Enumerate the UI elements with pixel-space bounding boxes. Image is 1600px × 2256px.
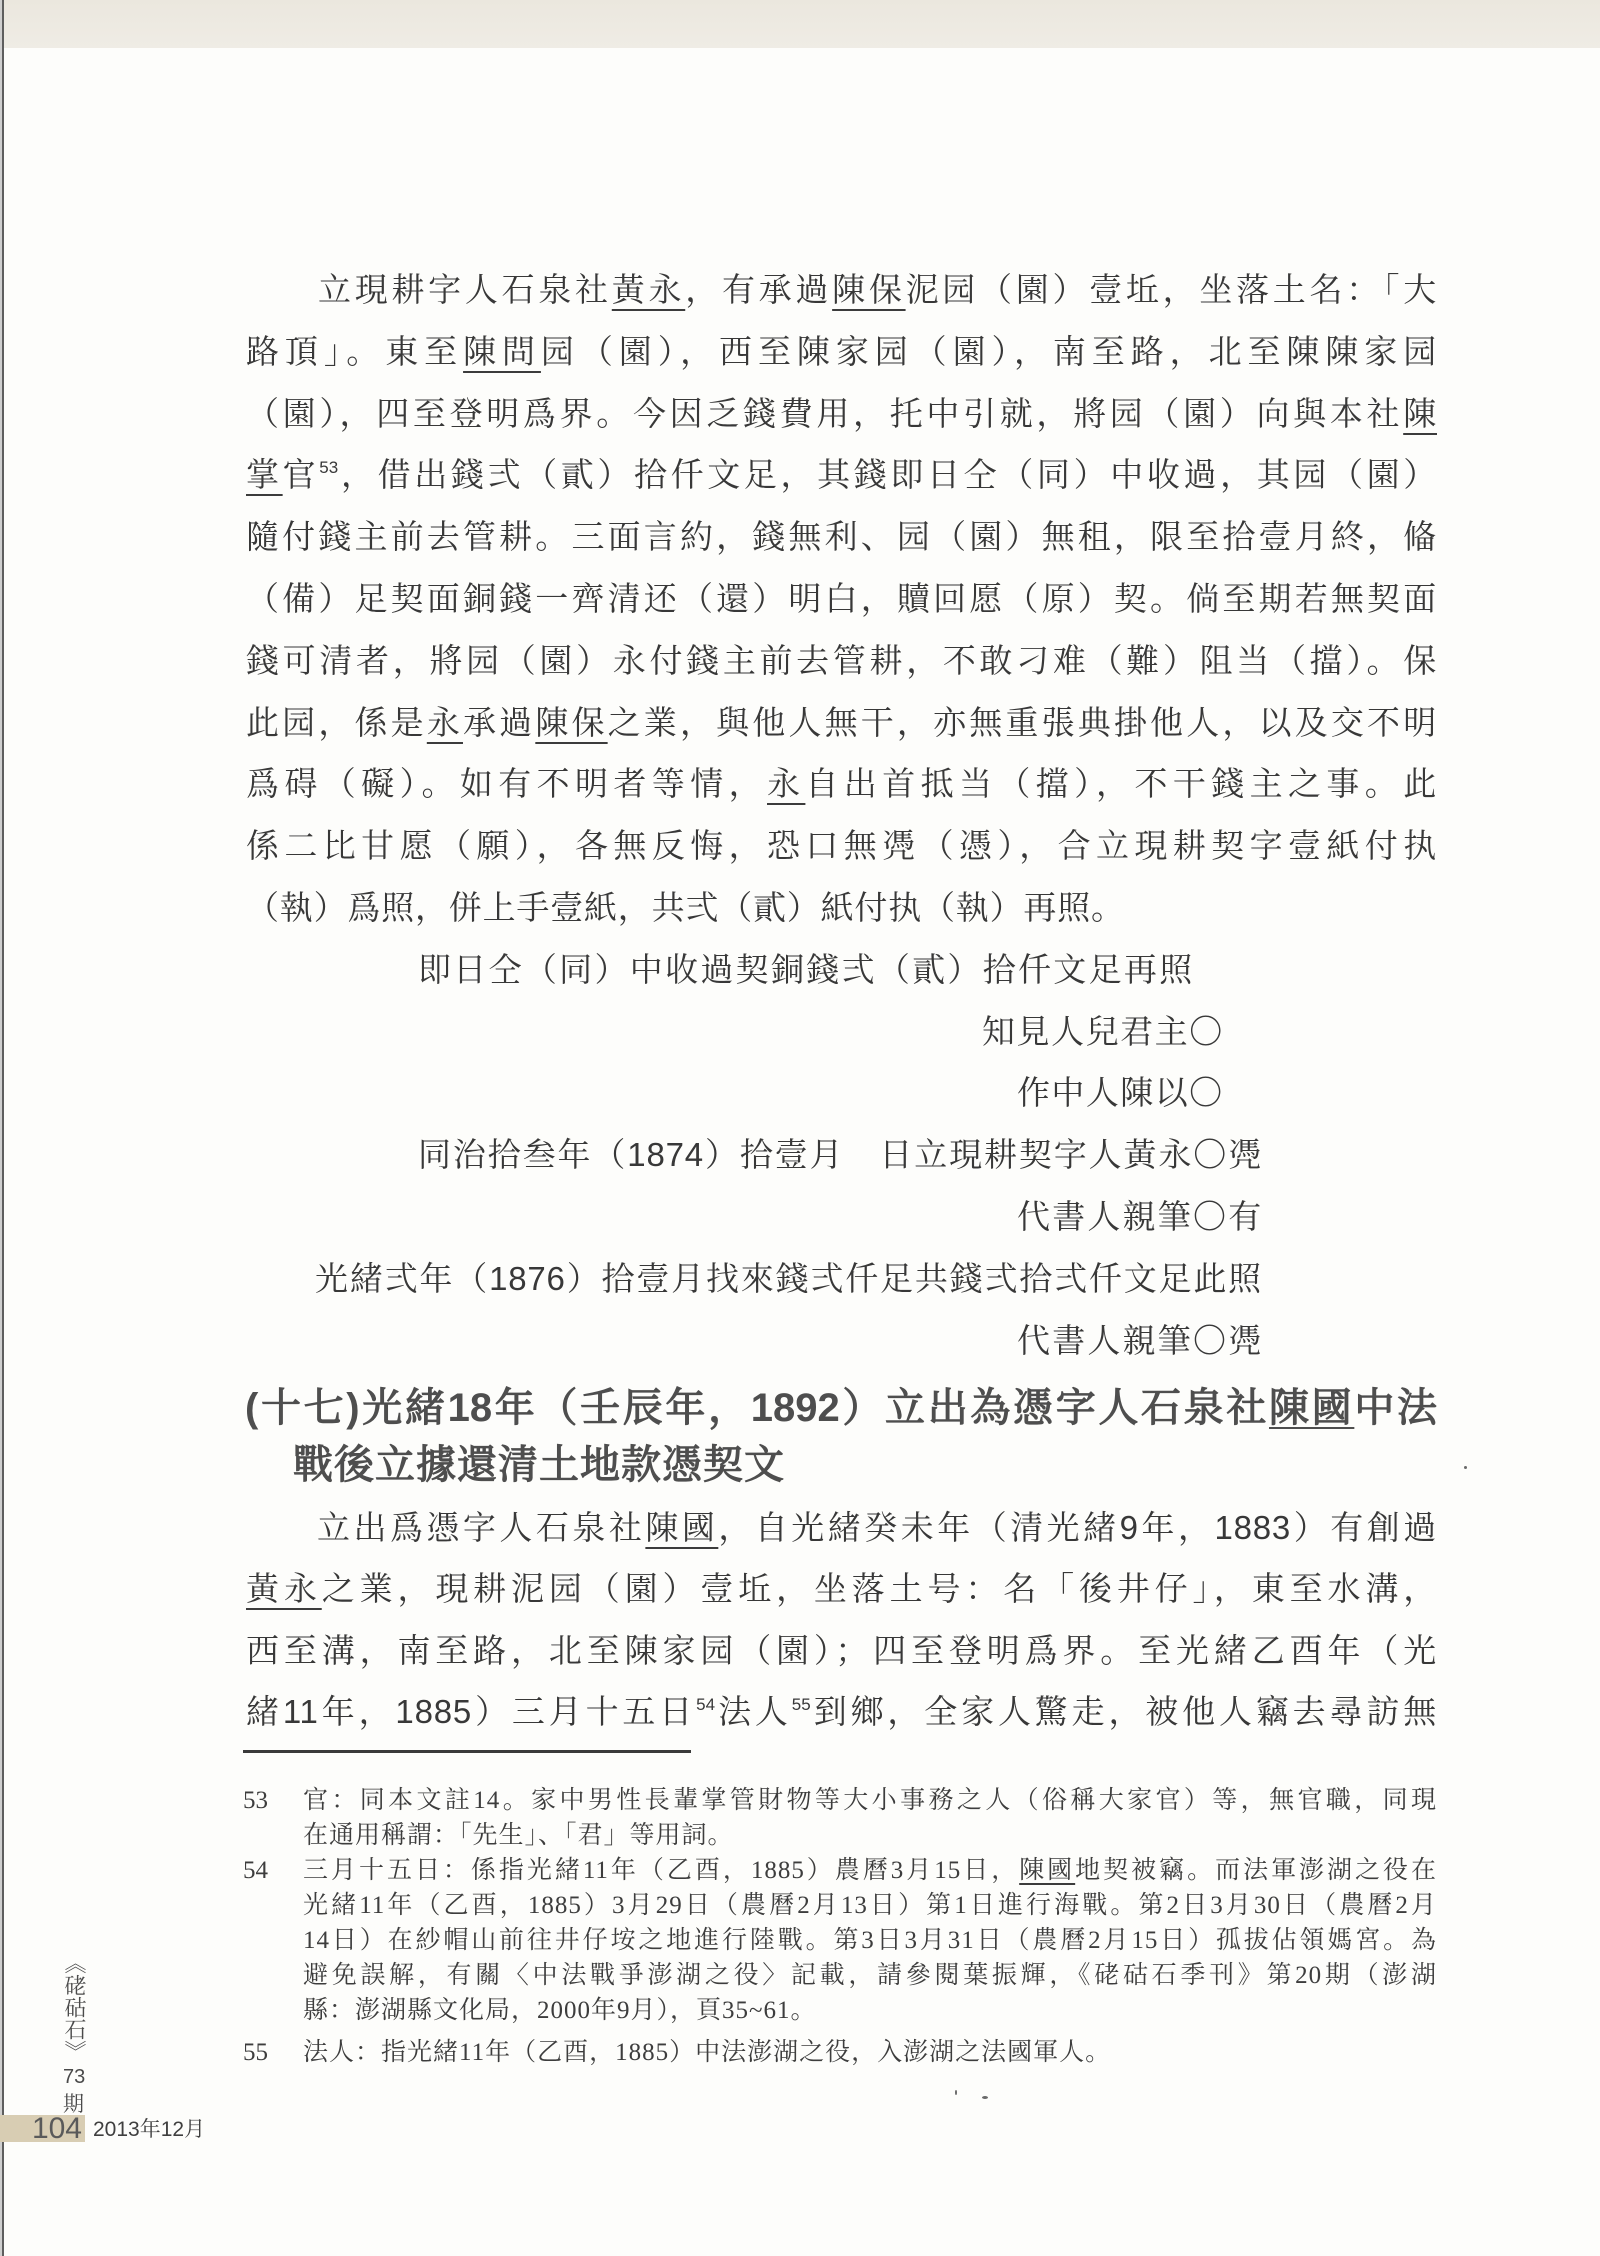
text-run: ，自光緒癸未年（清光緒9年，1883）有創過 [718, 1509, 1437, 1546]
text-run: 三月十五日：係指光緒11年（乙酉，1885）農曆3月15日， [303, 1857, 1019, 1884]
underlined-person-name: 陳國 [1269, 1386, 1354, 1430]
paragraph-line: 立出爲憑字人石泉社陳國，自光緒癸未年（清光緒9年，1883）有創過 [246, 1497, 1437, 1558]
heading-line: 戰後立據還清土地款憑契文 [245, 1437, 1437, 1494]
footnote-line: 縣：澎湖縣文化局，2000年9月），頁35~61。 [303, 1993, 1437, 2028]
paragraph-line: 西至溝，南至路，北至陳家园（園）；四至登明爲界。至光緒乙酉年（光 [246, 1620, 1437, 1681]
underlined-person-name: 陳問 [463, 333, 541, 370]
text-run: 官 [283, 456, 320, 493]
text-run: 路頂」。東至 [246, 333, 463, 370]
text-run: 爲碍（礙）。如有不明者等情， [246, 765, 767, 802]
footnote-reference: 53 [319, 458, 338, 477]
underlined-person-name: 陳國 [645, 1509, 718, 1546]
text-run: （園），四至登明爲界。今因乏錢費用，托中引就，將园（園）向與本社 [246, 395, 1403, 432]
text-run: 中法 [1354, 1386, 1437, 1430]
page-number: 104 [32, 2112, 82, 2145]
footnote-line: 官：同本文註14。家中男性長輩掌管財物等大小事務之人（俗稱大家官）等，無官職，同… [303, 1783, 1437, 1818]
contract-line: （備）足契面銅錢一齊清还（還）明白，贖回愿（原）契。倘至期若無契面 [246, 568, 1437, 630]
text-run: ，有承過 [685, 271, 832, 308]
footnote-body: 官：同本文註14。家中男性長輩掌管財物等大小事務之人（俗稱大家官）等，無官職，同… [303, 1783, 1437, 1853]
contract-line: 立現耕字人石泉社黃永，有承過陳保泥园（園）壹坵，坐落土名：「大 [246, 259, 1437, 321]
footnote-line: 三月十五日：係指光緒11年（乙酉，1885）農曆3月15日，陳國地契被竊。而法軍… [303, 1853, 1437, 1888]
section-paragraph: 立出爲憑字人石泉社陳國，自光緒癸未年（清光緒9年，1883）有創過 黃永之業，現… [246, 1497, 1437, 1742]
footnote-line: 在通用稱謂：「先生」、「君」等用詞。 [303, 1818, 1437, 1853]
signature-middleman: 作中人陳以〇 [1017, 1062, 1223, 1124]
text-run: 地契被竊。而法軍澎湖之役在 [1075, 1857, 1437, 1884]
footnote-number: 54 [243, 1853, 303, 1888]
contract-line: 掌官53，借出錢弍（貳）拾仟文足，其錢即日仝（同）中收過，其园（園） [246, 444, 1437, 506]
underlined-person-name: 黃永 [612, 271, 685, 308]
footnote-number: 55 [243, 2035, 303, 2070]
underlined-person-name: 陳保 [832, 271, 905, 308]
footnote-line: 14日）在紗帽山前往井仔垵之地進行陸戰。第3日3月31日（農曆2月15日）孤拔佔… [303, 1923, 1437, 1958]
contract-line: （園），四至登明爲界。今因乏錢費用，托中引就，將园（園）向與本社陳 [246, 383, 1437, 445]
text-run: (十七)光緒18年（壬辰年，1892）立出為憑字人石泉社 [245, 1386, 1269, 1430]
footnote-55: 55 法人：指光緒11年（乙酉，1885）中法澎湖之役，入澎湖之法國軍人。 [243, 2035, 1437, 2070]
underlined-person-name: 永 [427, 704, 463, 741]
contract-line: 路頂」。東至陳問园（園），西至陳家园（園），南至路，北至陳陳家园 [246, 321, 1437, 383]
scan-dust [955, 2090, 957, 2095]
underlined-person-name: 掌 [246, 456, 283, 493]
signature-date-line: 同治拾叁年（1874）拾壹月 日立現耕契字人黃永〇凴 [418, 1124, 1262, 1186]
underlined-person-name: 陳國 [1019, 1857, 1075, 1884]
footnote-54: 54 三月十五日：係指光緒11年（乙酉，1885）農曆3月15日，陳國地契被竊。… [243, 1853, 1437, 2028]
page-number-tab: 104 [0, 2115, 85, 2142]
footnote-reference: 55 [792, 1695, 811, 1714]
footnote-body: 法人：指光緒11年（乙酉，1885）中法澎湖之役，入澎湖之法國軍人。 [303, 2035, 1437, 2070]
text-run: 自出首抵当（擋），不干錢主之事。此 [805, 765, 1437, 802]
section-heading: (十七)光緒18年（壬辰年，1892）立出為憑字人石泉社陳國中法 戰後立據還清土… [245, 1380, 1437, 1494]
text-run: 法人 [715, 1693, 792, 1730]
underlined-person-name: 永 [767, 765, 805, 802]
scan-dust [1464, 1466, 1467, 1469]
contract-text-block: 立現耕字人石泉社黃永，有承過陳保泥园（園）壹坵，坐落土名：「大 路頂」。東至陳問… [246, 259, 1437, 1371]
underlined-person-name: 陳 [1403, 395, 1437, 432]
signature-receipt-line: 即日仝（同）中收過契銅錢弍（貳）拾仟文足再照 [418, 939, 1193, 1001]
signature-scribe: 代書人親筆〇凴 [1017, 1310, 1262, 1372]
contract-line: 此园，係是永承過陳保之業，與他人無干，亦無重張典掛他人，以及交不明 [246, 692, 1437, 754]
text-run: 之業，與他人無干，亦無重張典掛他人，以及交不明 [608, 704, 1437, 741]
text-run: 立現耕字人石泉社 [318, 271, 612, 308]
underlined-person-name: 陳保 [535, 704, 607, 741]
issue-number: 73 [63, 2066, 85, 2089]
text-run: 此园，係是 [246, 704, 427, 741]
page-spine-edge [2, 0, 4, 2256]
signature-addendum-line: 光緒弍年（1876）拾壹月找來錢弍仟足共錢弍拾弍仟文足此照 [315, 1248, 1262, 1310]
contract-line: 爲碍（礙）。如有不明者等情，永自出首抵当（擋），不干錢主之事。此 [246, 753, 1437, 815]
footnote-number: 53 [243, 1783, 303, 1818]
text-run: 到鄉，全家人驚走，被他人竊去尋訪無 [811, 1693, 1437, 1730]
text-run: ，借出錢弍（貳）拾仟文足，其錢即日仝（同）中收過，其园（園） [338, 456, 1437, 493]
issue-date: 2013年12月 [93, 2116, 205, 2143]
footnotes: 53 官：同本文註14。家中男性長輩掌管財物等大小事務之人（俗稱大家官）等，無官… [243, 1783, 1437, 2070]
text-run: 园（園），西至陳家园（園），南至路，北至陳陳家园 [541, 333, 1437, 370]
scan-dust [982, 2096, 988, 2099]
contract-line: 隨付錢主前去管耕。三面言約，錢無利、园（園）無租，限至拾壹月終，偹 [246, 506, 1437, 568]
text-run: 立出爲憑字人石泉社 [317, 1509, 645, 1546]
contract-line: （執）爲照，併上手壹紙，共弍（貳）紙付执（執）再照。 [246, 877, 1437, 939]
text-run: 承過 [463, 704, 535, 741]
heading-line: (十七)光緒18年（壬辰年，1892）立出為憑字人石泉社陳國中法 [245, 1380, 1437, 1437]
contract-line: 係二比甘愿（願），各無反悔，恐口無凴（憑），合立現耕契字壹紙付执 [246, 815, 1437, 877]
paragraph-line: 緒11年，1885）三月十五日54法人55到鄉，全家人驚走，被他人竊去尋訪無 [246, 1681, 1437, 1742]
paragraph-line: 黃永之業，現耕泥园（園）壹坵，坐落土号：名「後井仔」，東至水溝， [246, 1558, 1437, 1619]
text-run: 之業，現耕泥园（園）壹坵，坐落土号：名「後井仔」，東至水溝， [322, 1570, 1437, 1607]
signature-scribe: 代書人親筆〇有 [1017, 1186, 1262, 1248]
contract-line: 錢可清者，將园（園）永付錢主前去管耕，不敢刁难（難）阻当（擋）。保 [246, 630, 1437, 692]
footnote-line: 避免誤解，有關〈中法戰爭澎湖之役〉記載，請參閱葉振輝，《硓𥑮石季刊》第20期（澎… [303, 1958, 1437, 1993]
footnote-line: 法人：指光緒11年（乙酉，1885）中法澎湖之役，入澎湖之法國軍人。 [303, 2035, 1437, 2070]
footnote-line: 光緒11年（乙酉，1885）3月29日（農曆2月13日）第1日進行海戰。第2日3… [303, 1888, 1437, 1923]
underlined-person-name: 黃永 [246, 1570, 322, 1607]
footnote-separator [243, 1750, 691, 1753]
signature-witness: 知見人兒君主〇 [982, 1001, 1223, 1063]
text-run: 泥园（園）壹坵，坐落土名：「大 [906, 271, 1437, 308]
journal-title-vertical: 《硓𥑮石》 [62, 1952, 86, 2062]
text-run: 緒11年，1885）三月十五日 [246, 1693, 696, 1730]
footnote-body: 三月十五日：係指光緒11年（乙酉，1885）農曆3月15日，陳國地契被竊。而法軍… [303, 1853, 1437, 2028]
footnote-53: 53 官：同本文註14。家中男性長輩掌管財物等大小事務之人（俗稱大家官）等，無官… [243, 1783, 1437, 1853]
scan-top-band [0, 0, 1600, 48]
footnote-reference: 54 [696, 1695, 715, 1714]
